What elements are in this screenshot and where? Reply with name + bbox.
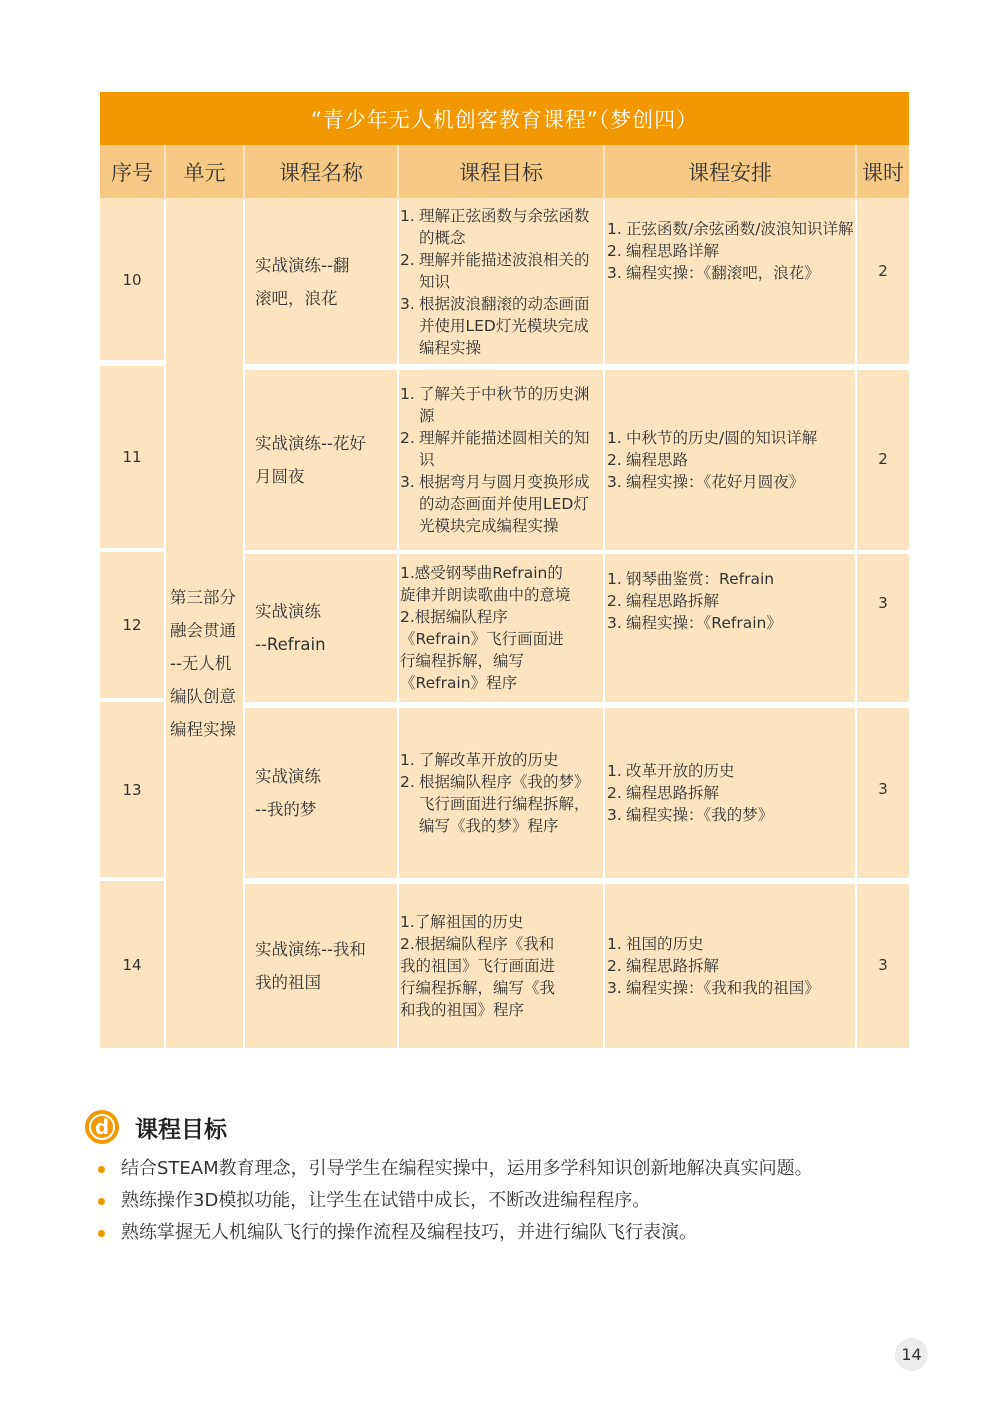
plan-item: 编程实操：《翻滚吧，浪花》 xyxy=(626,262,853,284)
list-number: 2. xyxy=(607,782,626,804)
plan-item: 编程实操：《我和我的祖国》 xyxy=(626,977,820,999)
bullet-dot-icon xyxy=(98,1230,105,1237)
goal-line: 我的祖国》飞行画面进 xyxy=(400,955,555,977)
plan-item: 编程思路 xyxy=(626,449,817,471)
goal-item: 根据弯月与圆月变换形成的动态画面并使用LED灯光模块完成编程实操 xyxy=(419,471,601,537)
plan-item: 编程实操：《Refrain》 xyxy=(626,612,782,634)
course-name-line: 我的祖国 xyxy=(255,966,366,999)
course-goal-cell: 1.了解关于中秋节的历史渊源 2.理解并能描述圆相关的知识 3.根据弯月与圆月变… xyxy=(399,370,603,550)
seq-cell: 10 xyxy=(100,200,164,360)
goal-line: 2.根据编队程序 xyxy=(400,606,571,628)
unit-cell: 第三部分 融会贯通 --无人机 编队创意 编程实操 xyxy=(166,200,243,1048)
seq-cell: 14 xyxy=(100,881,164,1048)
goal-item: 了解关于中秋节的历史渊源 xyxy=(419,383,601,427)
bullet-text: 熟练操作3D模拟功能，让学生在试错中成长，不断改进编程程序。 xyxy=(121,1185,650,1217)
bullet-item: 熟练掌握无人机编队飞行的操作流程及编程技巧，并进行编队飞行表演。 xyxy=(98,1217,813,1249)
table-header-row: 序号 单元 课程名称 课程目标 课程安排 课时 xyxy=(100,145,909,200)
table-row: 实战演练 --Refrain 1.感受钢琴曲Refrain的 旋律并朗读歌曲中的… xyxy=(245,554,909,702)
page-number: 14 xyxy=(895,1338,928,1371)
list-number: 1. xyxy=(607,218,626,240)
goal-line: 《Refrain》飞行画面进 xyxy=(400,628,571,650)
list-number: 1. xyxy=(400,749,419,771)
seq-cell: 12 xyxy=(100,552,164,698)
section-title: 课程目标 xyxy=(135,1111,227,1144)
goal-item: 了解改革开放的历史 xyxy=(419,749,601,771)
goal-line: 1.感受钢琴曲Refrain的 xyxy=(400,562,571,584)
unit-line: 第三部分 xyxy=(170,581,236,614)
course-plan-cell: 1.正弦函数/余弦函数/波浪知识详解 2.编程思路详解 3.编程实操：《翻滚吧，… xyxy=(605,200,855,364)
course-plan-cell: 1.改革开放的历史 2.编程思路拆解 3.编程实操：《我的梦》 xyxy=(605,708,855,878)
plan-item: 中秋节的历史/圆的知识详解 xyxy=(626,427,817,449)
plan-item: 钢琴曲鉴赏：Refrain xyxy=(626,568,782,590)
hours-cell: 3 xyxy=(857,554,909,702)
list-number: 3. xyxy=(607,262,626,284)
list-number: 2. xyxy=(400,427,419,471)
seq-cell: 13 xyxy=(100,702,164,877)
header-course-name: 课程名称 xyxy=(245,145,399,198)
goal-line: 行编程拆解，编写 xyxy=(400,650,571,672)
course-plan-cell: 1.钢琴曲鉴赏：Refrain 2.编程思路拆解 3.编程实操：《Refrain… xyxy=(605,554,855,702)
list-number: 1. xyxy=(607,933,626,955)
list-number: 1. xyxy=(607,568,626,590)
course-name-line: 实战演练--翻 xyxy=(255,249,349,282)
goal-item: 理解正弦函数与余弦函数的概念 xyxy=(419,205,601,249)
list-number: 1. xyxy=(607,427,626,449)
course-name-line: 实战演练 xyxy=(255,595,326,628)
goal-line: 《Refrain》程序 xyxy=(400,672,571,694)
goal-line: 2.根据编队程序《我和 xyxy=(400,933,555,955)
unit-line: 融会贯通 xyxy=(170,614,236,647)
seq-cell: 11 xyxy=(100,366,164,548)
hours-cell: 2 xyxy=(857,200,909,364)
bullet-text: 结合STEAM教育理念，引导学生在编程实操中，运用多学科知识创新地解决真实问题。 xyxy=(121,1153,813,1185)
course-goal-cell: 1.感受钢琴曲Refrain的 旋律并朗读歌曲中的意境 2.根据编队程序 《Re… xyxy=(399,554,603,702)
header-unit: 单元 xyxy=(166,145,245,198)
list-number: 2. xyxy=(607,240,626,262)
hours-cell: 2 xyxy=(857,370,909,550)
plan-item: 编程思路拆解 xyxy=(626,590,782,612)
course-table: “青少年无人机创客教育课程”（梦创四） 序号 单元 课程名称 课程目标 课程安排… xyxy=(100,92,909,1103)
plan-item: 编程思路拆解 xyxy=(626,955,820,977)
course-goal-cell: 1.理解正弦函数与余弦函数的概念 2.理解并能描述波浪相关的知识 3.根据波浪翻… xyxy=(399,200,603,364)
list-number: 2. xyxy=(400,771,419,837)
hours-cell: 3 xyxy=(857,884,909,1048)
course-plan-cell: 1.祖国的历史 2.编程思路拆解 3.编程实操：《我和我的祖国》 xyxy=(605,884,855,1048)
goal-line: 行编程拆解，编写《我 xyxy=(400,977,555,999)
course-name-cell: 实战演练--花好 月圆夜 xyxy=(245,370,397,550)
plan-item: 正弦函数/余弦函数/波浪知识详解 xyxy=(626,218,853,240)
plan-item: 编程思路详解 xyxy=(626,240,853,262)
list-number: 3. xyxy=(607,471,626,493)
goal-line: 1.了解祖国的历史 xyxy=(400,911,555,933)
list-number: 2. xyxy=(607,449,626,471)
badge-letter: d xyxy=(89,1114,115,1140)
course-name-line: 实战演练--我和 xyxy=(255,933,366,966)
plan-item: 改革开放的历史 xyxy=(626,760,773,782)
list-number: 2. xyxy=(607,590,626,612)
bullet-item: 熟练操作3D模拟功能，让学生在试错中成长，不断改进编程程序。 xyxy=(98,1185,813,1217)
list-number: 3. xyxy=(607,977,626,999)
bullet-item: 结合STEAM教育理念，引导学生在编程实操中，运用多学科知识创新地解决真实问题。 xyxy=(98,1153,813,1185)
goal-item: 根据编队程序《我的梦》飞行画面进行编程拆解，编写《我的梦》程序 xyxy=(419,771,601,837)
plan-item: 编程实操：《我的梦》 xyxy=(626,804,773,826)
goal-line: 和我的祖国》程序 xyxy=(400,999,555,1021)
course-name-line: 实战演练 xyxy=(255,760,321,793)
course-name-line: --Refrain xyxy=(255,628,326,661)
course-name-line: 月圆夜 xyxy=(255,460,366,493)
course-name-cell: 实战演练--翻 滚吧，浪花 xyxy=(245,200,397,364)
goal-bullet-list: 结合STEAM教育理念，引导学生在编程实操中，运用多学科知识创新地解决真实问题。… xyxy=(98,1153,813,1249)
list-number: 2. xyxy=(607,955,626,977)
goal-item: 根据波浪翻滚的动态画面并使用LED灯光模块完成编程实操 xyxy=(419,293,601,359)
table-row: 实战演练--翻 滚吧，浪花 1.理解正弦函数与余弦函数的概念 2.理解并能描述波… xyxy=(245,200,909,364)
list-number: 1. xyxy=(607,760,626,782)
list-number: 3. xyxy=(400,471,419,537)
list-number: 3. xyxy=(607,804,626,826)
goal-item: 理解并能描述圆相关的知识 xyxy=(419,427,601,471)
section-header: d 课程目标 xyxy=(85,1110,227,1144)
list-number: 3. xyxy=(607,612,626,634)
goal-item: 理解并能描述波浪相关的知识 xyxy=(419,249,601,293)
section-badge-icon: d xyxy=(85,1110,119,1144)
goal-line: 旋律并朗读歌曲中的意境 xyxy=(400,584,571,606)
list-number: 1. xyxy=(400,205,419,249)
course-name-line: 实战演练--花好 xyxy=(255,427,366,460)
plan-item: 祖国的历史 xyxy=(626,933,820,955)
plan-item: 编程实操：《花好月圆夜》 xyxy=(626,471,817,493)
table-row: 实战演练--花好 月圆夜 1.了解关于中秋节的历史渊源 2.理解并能描述圆相关的… xyxy=(245,370,909,550)
list-number: 2. xyxy=(400,249,419,293)
header-hours: 课时 xyxy=(857,145,909,198)
header-seq: 序号 xyxy=(100,145,166,198)
table-row: 实战演练--我和 我的祖国 1.了解祖国的历史 2.根据编队程序《我和 我的祖国… xyxy=(245,884,909,1048)
unit-line: --无人机 xyxy=(170,647,236,680)
course-name-line: --我的梦 xyxy=(255,793,321,826)
course-name-line: 滚吧，浪花 xyxy=(255,282,349,315)
course-goal-cell: 1.了解祖国的历史 2.根据编队程序《我和 我的祖国》飞行画面进 行编程拆解，编… xyxy=(399,884,603,1048)
unit-line: 编程实操 xyxy=(170,713,236,746)
hours-cell: 3 xyxy=(857,708,909,878)
plan-item: 编程思路拆解 xyxy=(626,782,773,804)
course-plan-cell: 1.中秋节的历史/圆的知识详解 2.编程思路 3.编程实操：《花好月圆夜》 xyxy=(605,370,855,550)
header-course-goal: 课程目标 xyxy=(399,145,605,198)
course-name-cell: 实战演练 --Refrain xyxy=(245,554,397,702)
table-title: “青少年无人机创客教育课程”（梦创四） xyxy=(100,92,909,145)
course-name-cell: 实战演练--我和 我的祖国 xyxy=(245,884,397,1048)
table-row: 实战演练 --我的梦 1.了解改革开放的历史 2.根据编队程序《我的梦》飞行画面… xyxy=(245,708,909,878)
course-goal-cell: 1.了解改革开放的历史 2.根据编队程序《我的梦》飞行画面进行编程拆解，编写《我… xyxy=(399,708,603,878)
course-name-cell: 实战演练 --我的梦 xyxy=(245,708,397,878)
bullet-dot-icon xyxy=(98,1166,105,1173)
bullet-dot-icon xyxy=(98,1198,105,1205)
bullet-text: 熟练掌握无人机编队飞行的操作流程及编程技巧，并进行编队飞行表演。 xyxy=(121,1217,697,1249)
list-number: 1. xyxy=(400,383,419,427)
unit-line: 编队创意 xyxy=(170,680,236,713)
header-course-plan: 课程安排 xyxy=(605,145,857,198)
list-number: 3. xyxy=(400,293,419,359)
